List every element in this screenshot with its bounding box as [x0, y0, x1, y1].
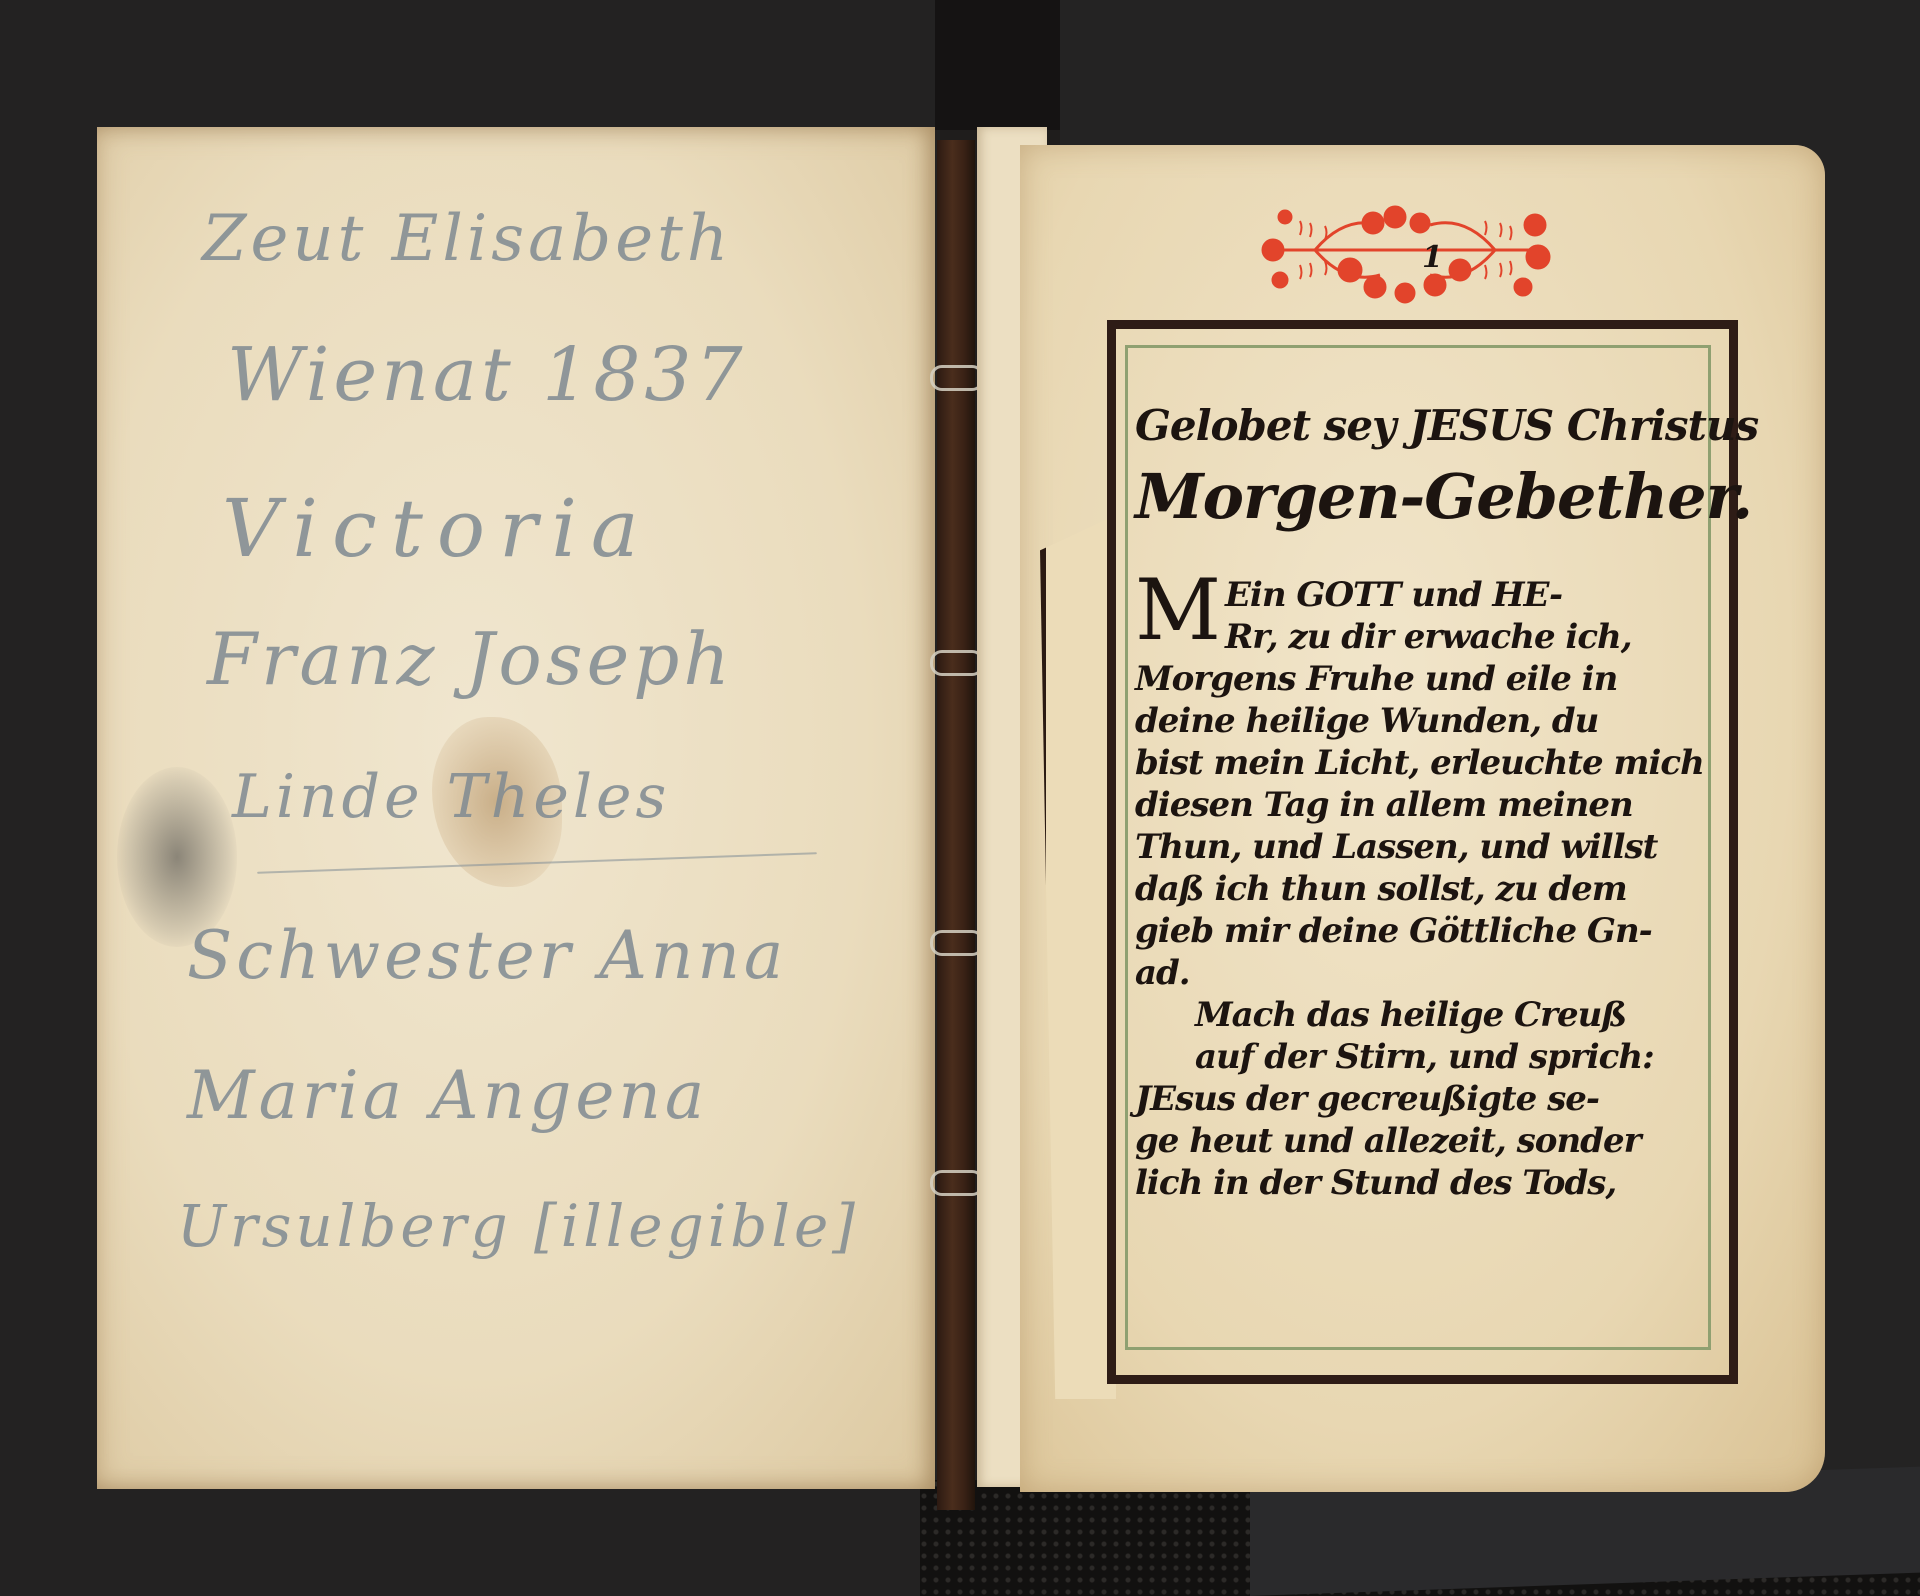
- body-line: Thun, und Lassen, und willst: [1135, 826, 1705, 868]
- body-line: lich in der Stund des Tods,: [1135, 1162, 1705, 1204]
- pencil-line-3: Victoria: [222, 482, 653, 575]
- pencil-line-4: Franz Joseph: [207, 617, 734, 701]
- body-line: daß ich thun sollst, zu dem: [1135, 868, 1705, 910]
- body-line: Morgens Fruhe und eile in: [1135, 658, 1705, 700]
- backdrop-gap: [935, 0, 1060, 130]
- pencil-line-1: Zeut Elisabeth: [202, 202, 732, 276]
- pencil-line-6: Schwester Anna: [187, 917, 787, 994]
- page-title: Morgen-Gebether.: [1135, 458, 1705, 536]
- prayer-body: M Ein GOTT und HE- Rr, zu dir erwache ic…: [1135, 574, 1705, 1204]
- pencil-line-7: Maria Angena: [187, 1057, 708, 1134]
- body-line: ge heut und allezeit, sonder: [1135, 1120, 1705, 1162]
- body-line: deine heilige Wunden, du: [1135, 700, 1705, 742]
- heading-praise: Gelobet sey JESUS Christus: [1135, 400, 1705, 452]
- body-line: Mach das heilige Creuß: [1135, 994, 1705, 1036]
- prayer-text: Gelobet sey JESUS Christus Morgen-Gebeth…: [1135, 400, 1705, 1204]
- body-line: auf der Stirn, und sprich:: [1135, 1036, 1705, 1078]
- body-line: diesen Tag in allem meinen: [1135, 784, 1705, 826]
- pencil-line-2: Wienat 1837: [227, 332, 747, 418]
- drop-cap: M: [1135, 580, 1221, 640]
- binding-stitch: [930, 1170, 984, 1196]
- body-line: bist mein Licht, erleuchte mich: [1135, 742, 1705, 784]
- binding-stitch: [930, 930, 984, 956]
- pencil-line-5: Linde Theles: [232, 762, 670, 832]
- page-number: 1: [1422, 240, 1443, 275]
- binding-stitch: [930, 365, 984, 391]
- binding-stitch: [930, 650, 984, 676]
- body-line: gieb mir deine Göttliche Gn-: [1135, 910, 1705, 952]
- book-spine: [937, 140, 975, 1510]
- floral-ornament-icon: [1255, 195, 1555, 305]
- pencil-line-8: Ursulberg [illegible]: [177, 1192, 859, 1260]
- left-page: Zeut Elisabeth Wienat 1837 Victoria Fran…: [97, 127, 935, 1489]
- body-line: JEsus der gecreußigte se-: [1135, 1078, 1705, 1120]
- body-line: ad.: [1135, 952, 1705, 994]
